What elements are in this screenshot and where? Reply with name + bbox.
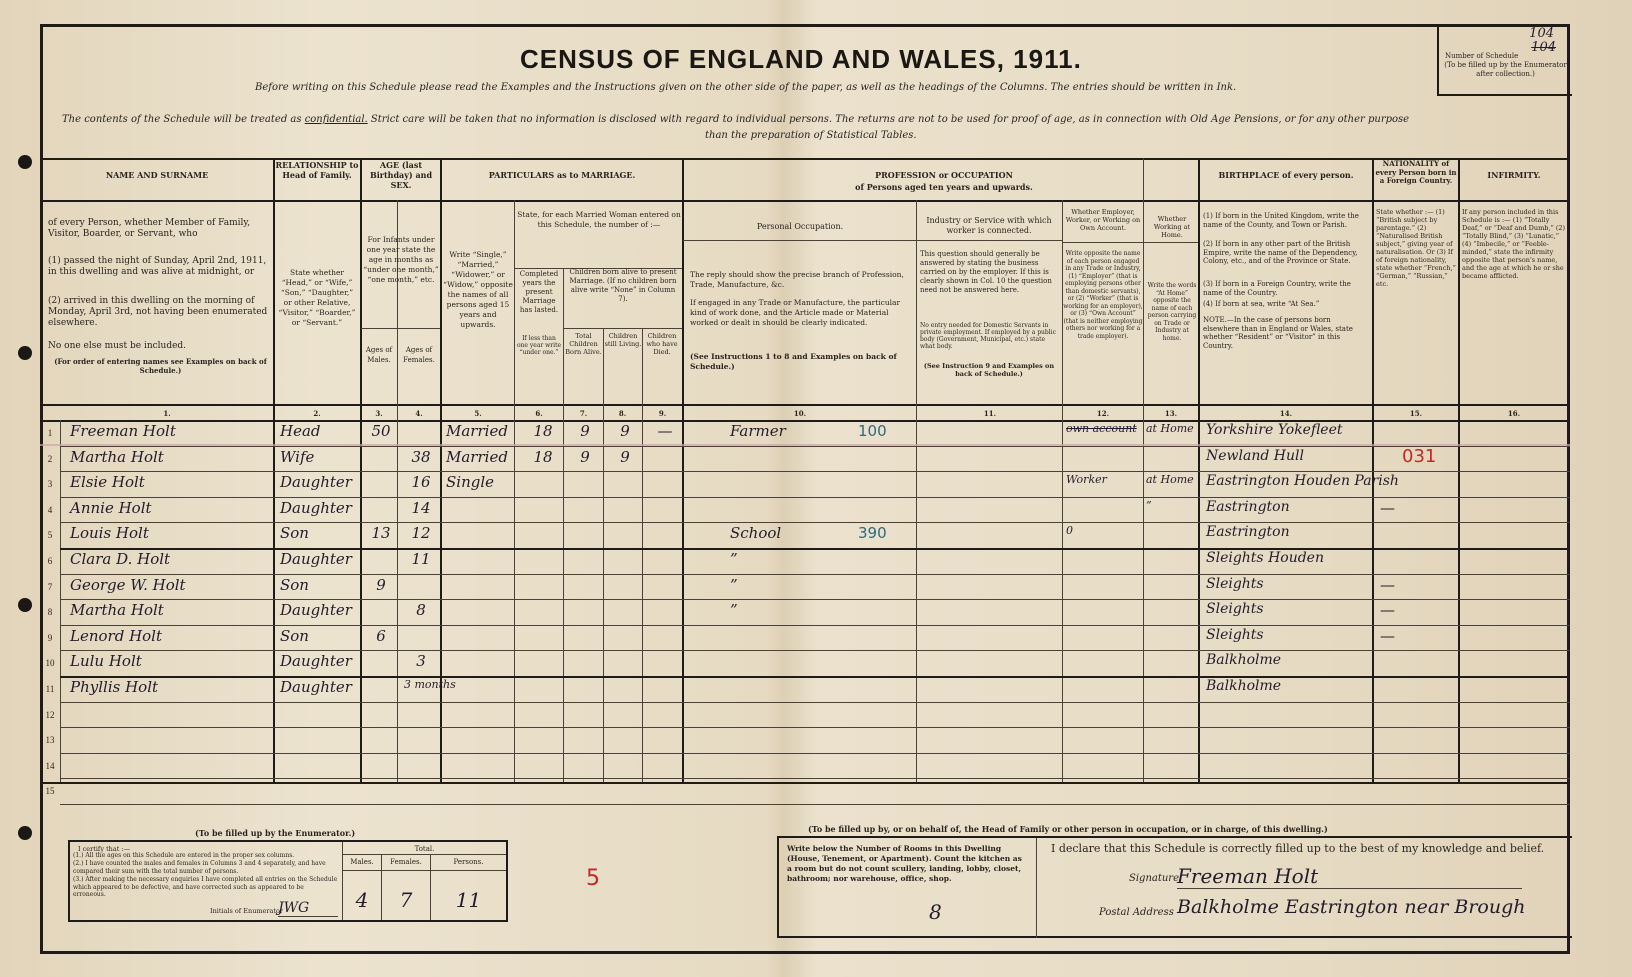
punch-hole [18, 346, 32, 360]
col-desc-personal-1: The reply should show the precise branch… [690, 270, 912, 290]
signature-label: Signature [1129, 874, 1179, 884]
row-rule [60, 625, 1570, 626]
col-number: 9. [643, 409, 682, 418]
col-desc-name-3: (2) arrived in this dwelling on the morn… [48, 296, 268, 329]
children-born: 9 [570, 422, 600, 440]
declaration-text: I declare that this Schedule is correctl… [1051, 844, 1544, 854]
nationality: — [1380, 499, 1450, 517]
row-rule [60, 753, 1570, 754]
col-header-children-died: Children who have Died. [643, 332, 681, 356]
row-number: 15 [40, 786, 60, 796]
enumerator-heading: (To be filled up by the Enumerator.) [195, 828, 355, 838]
col-number: 12. [1063, 409, 1143, 418]
col-desc-birthplace-1: (1) If born in the United Kingdom, write… [1203, 212, 1369, 229]
children-born: 9 [570, 448, 600, 466]
total-persons-label: Persons. [431, 857, 506, 867]
schedule-number-label: Number of Schedule [1445, 52, 1518, 60]
person-name: Phyllis Holt [70, 678, 270, 696]
relationship: Son [280, 576, 358, 594]
birthplace: Sleights [1206, 576, 1406, 592]
row-number: 8 [40, 607, 60, 617]
col-desc-birthplace-3: (3) If born in a Foreign Country, write … [1203, 280, 1369, 297]
marital-status: Single [446, 473, 516, 491]
birthplace: Sleights [1206, 627, 1406, 643]
total-persons: 11 [431, 888, 506, 912]
age-female: 8 [404, 601, 438, 619]
col-number: 7. [564, 409, 603, 418]
total-females-label: Females. [382, 857, 430, 867]
col-number: 5. [442, 409, 514, 418]
person-name: Elsie Holt [70, 473, 270, 491]
age-female: 3 months [404, 678, 438, 691]
row-number: 7 [40, 582, 60, 592]
col-header-infirmity: INFIRMITY. [1460, 170, 1568, 180]
col-header-employer: Whether Employer, Worker, or Working on … [1063, 208, 1143, 232]
occupation-code: 100 [858, 422, 898, 440]
col-desc-industry-1: This question should generally be answer… [920, 250, 1058, 295]
intro-confidential: The contents of the Schedule will be tre… [62, 114, 1409, 125]
punch-hole [18, 826, 32, 840]
row-rule [60, 497, 1570, 498]
col-number: 8. [603, 409, 642, 418]
age-female: 11 [404, 550, 438, 568]
row-rule [60, 522, 1570, 523]
col-desc-personal-2: If engaged in any Trade or Manufacture, … [690, 298, 912, 328]
birthplace: Eastrington [1206, 524, 1406, 540]
enumerator-initials: JWG [278, 900, 338, 917]
pink-rule [40, 444, 1570, 446]
col-header-age-females: Ages of Females. [398, 345, 440, 365]
occupation-code: 390 [858, 524, 898, 542]
row-rule [60, 599, 1570, 600]
col-number: 1. [62, 409, 272, 418]
age-male: 6 [364, 627, 398, 645]
person-name: Louis Holt [70, 524, 270, 542]
row-number: 3 [40, 479, 60, 489]
col-desc-employer: Write opposite the name of each person e… [1063, 250, 1143, 340]
age-female: 12 [404, 524, 438, 542]
householder-box: Write below the Number of Rooms in this … [777, 836, 1572, 938]
col-header-age-males: Ages of Males. [361, 345, 397, 365]
relationship: Daughter [280, 678, 358, 696]
schedule-number-value: 104 [1529, 26, 1554, 41]
col-number: 13. [1144, 409, 1198, 418]
personal-occupation: Farmer [730, 422, 850, 440]
enumerator-item-2: (2.) I have counted the males and female… [73, 860, 338, 875]
col-header-occupation: PROFESSION or OCCUPATION [684, 170, 1204, 180]
col-desc-name-4: No one else must be included. [48, 341, 268, 351]
children-living: 9 [610, 448, 640, 466]
person-name: George W. Holt [70, 576, 270, 594]
age-female: 38 [404, 448, 438, 466]
nationality: — [1380, 601, 1450, 619]
person-name: Clara D. Holt [70, 550, 270, 568]
working-at-home: at Home [1146, 422, 1202, 435]
total-males-label: Males. [343, 857, 381, 867]
col-desc-birthplace-2: (2) If born in any other part of the Bri… [1203, 240, 1369, 266]
row-rule [60, 650, 1570, 651]
age-female: 3 [404, 652, 438, 670]
employer-status: own account [1066, 422, 1144, 435]
col-subheader-occupation: of Persons aged ten years and upwards. [684, 182, 1204, 192]
relationship: Daughter [280, 601, 358, 619]
row-number: 1 [40, 428, 60, 438]
relationship: Son [280, 627, 358, 645]
birthplace: Yorkshire Yokefleet [1206, 422, 1406, 438]
col-desc-name-5: (For order of entering names see Example… [48, 357, 273, 375]
col-note-years-married: If less than one year write “under one.” [516, 335, 562, 356]
row-rule [60, 804, 1570, 805]
relationship: Wife [280, 448, 358, 466]
red-annotation-mark: 5 [586, 866, 600, 891]
rooms-count: 8 [929, 900, 942, 924]
row-number: 2 [40, 454, 60, 464]
col-number: 2. [274, 409, 360, 418]
person-name: Lulu Holt [70, 652, 270, 670]
col-header-relationship: RELATIONSHIP to Head of Family. [274, 160, 360, 180]
total-label: Total. [343, 844, 506, 854]
col-desc-industry-3: (See Instruction 9 and Examples on back … [920, 362, 1058, 378]
relationship: Head [280, 422, 358, 440]
col-desc-nationality: State whether :— (1) “British subject by… [1376, 208, 1458, 288]
years-married: 18 [524, 448, 562, 466]
col-desc-birthplace-note: NOTE.—In the case of persons born elsewh… [1203, 316, 1369, 350]
col-header-marriage: PARTICULARS as to MARRIAGE. [442, 170, 682, 180]
personal-occupation: ” [730, 550, 850, 568]
col-desc-name-2: (1) passed the night of Sunday, April 2n… [48, 256, 268, 278]
person-name: Lenord Holt [70, 627, 270, 645]
col-desc-children: Children born alive to present Marriage.… [565, 268, 681, 304]
col-header-personal-occupation: Personal Occupation. [684, 222, 916, 232]
schedule-number-box: 104 104 Number of Schedule (To be filled… [1437, 24, 1572, 96]
col-header-children-total: Total Children Born Alive. [565, 332, 602, 356]
enumerator-box: I certify that :— (1.) All the ages on t… [68, 840, 508, 922]
row-rule [60, 702, 1570, 703]
col-header-birthplace: BIRTHPLACE of every person. [1200, 170, 1372, 180]
personal-occupation: School [730, 524, 850, 542]
birthplace: Eastrington [1206, 499, 1406, 515]
children-living: 9 [610, 422, 640, 440]
employer-status: Worker [1066, 473, 1144, 486]
nationality: — [1380, 627, 1450, 645]
relationship: Daughter [280, 652, 358, 670]
intro-statistical: than the preparation of Statistical Tabl… [705, 130, 917, 141]
col-number: 3. [361, 409, 397, 418]
punch-hole [18, 155, 32, 169]
col-desc-birthplace-4: (4) If born at sea, write “At Sea.” [1203, 300, 1369, 309]
row-number: 14 [40, 761, 60, 771]
col-desc-marital-status: Write “Single,” “Married,” “Widower,” or… [443, 250, 513, 330]
enumerator-item-3: (3.) After making the necessary enquirie… [73, 876, 338, 899]
relationship: Daughter [280, 473, 358, 491]
row-number: 5 [40, 530, 60, 540]
relationship: Daughter [280, 499, 358, 517]
enumerator-item-1: (1.) All the ages on this Schedule are e… [73, 852, 338, 860]
age-male: 13 [364, 524, 398, 542]
working-at-home: ” [1146, 499, 1202, 512]
birthplace: Balkholme [1206, 652, 1406, 668]
row-number: 4 [40, 505, 60, 515]
row-number: 11 [40, 684, 60, 694]
col-header-name: NAME AND SURNAME [42, 170, 272, 180]
age-male: 9 [364, 576, 398, 594]
col-header-nationality: NATIONALITY of every Person born in a Fo… [1374, 160, 1458, 186]
birthplace: Sleights Houden [1206, 550, 1406, 566]
row-rule [60, 574, 1570, 575]
age-female: 14 [404, 499, 438, 517]
birthplace: Sleights [1206, 601, 1406, 617]
householder-heading: (To be filled up by, or on behalf of, th… [808, 824, 1328, 834]
personal-occupation: ” [730, 601, 850, 619]
row-number: 9 [40, 633, 60, 643]
person-name: Annie Holt [70, 499, 270, 517]
row-number: 6 [40, 556, 60, 566]
col-number: 6. [515, 409, 563, 418]
person-name: Freeman Holt [70, 422, 270, 440]
employer-status: 0 [1066, 524, 1144, 537]
postal-address-value: Balkholme Eastrington near Brough [1177, 896, 1525, 918]
row-rule [60, 471, 1570, 472]
signature-value: Freeman Holt [1177, 864, 1522, 889]
postal-address-label: Postal Address [1099, 908, 1174, 918]
page-title: CENSUS OF ENGLAND AND WALES, 1911. [520, 44, 1082, 75]
marital-status: Married [446, 422, 516, 440]
col-desc-industry-2: No entry needed for Domestic Servants in… [920, 322, 1058, 350]
intro-instructions: Before writing on this Schedule please r… [255, 82, 1236, 93]
total-females: 7 [382, 888, 430, 912]
schedule-number-struck: 104 [1531, 40, 1556, 55]
row-rule [60, 727, 1570, 728]
rooms-description: Write below the Number of Rooms in this … [787, 844, 1027, 884]
person-name: Martha Holt [70, 448, 270, 466]
red-annotation-code: 031 [1402, 446, 1436, 467]
enumerator-initials-label: Initials of Enumerator [210, 906, 283, 916]
col-desc-personal-3: (See Instructions 1 to 8 and Examples on… [690, 352, 912, 372]
col-number: 16. [1460, 409, 1568, 418]
schedule-number-note: (To be filled up by the Enumerator after… [1443, 61, 1568, 79]
col-header-children-living: Children still Living. [604, 332, 642, 348]
col-desc-infirmity: If any person included in this Schedule … [1462, 208, 1566, 280]
row-number: 13 [40, 735, 60, 745]
person-name: Martha Holt [70, 601, 270, 619]
col-number: 4. [398, 409, 440, 418]
punch-hole [18, 598, 32, 612]
col-desc-age: For Infants under one year state the age… [362, 235, 440, 285]
relationship: Son [280, 524, 358, 542]
children-died: — [650, 422, 680, 440]
marital-status: Married [446, 448, 516, 466]
col-header-home: Whether Working at Home. [1145, 215, 1199, 239]
row-number: 10 [40, 658, 60, 668]
col-number: 11. [918, 409, 1062, 418]
col-number: 14. [1200, 409, 1372, 418]
col-desc-name-1: of every Person, whether Member of Famil… [48, 218, 268, 240]
col-header-industry: Industry or Service with which worker is… [918, 216, 1060, 236]
total-males: 4 [343, 888, 381, 912]
years-married: 18 [524, 422, 562, 440]
nationality: — [1380, 576, 1450, 594]
col-number: 15. [1374, 409, 1458, 418]
col-desc-relationship: State whether “Head,” or “Wife,” “Son,” … [277, 268, 357, 328]
birthplace: Newland Hull [1206, 448, 1406, 464]
col-desc-home: Write the words “At Home” opposite the n… [1145, 282, 1199, 342]
age-female: 16 [404, 473, 438, 491]
birthplace: Balkholme [1206, 678, 1406, 694]
personal-occupation: ” [730, 576, 850, 594]
col-number: 10. [684, 409, 916, 418]
relationship: Daughter [280, 550, 358, 568]
birthplace: Eastrington Houden Parish [1206, 473, 1406, 489]
col-desc-years-married: Completed years the present Marriage has… [516, 270, 562, 315]
row-rule [60, 778, 1570, 779]
col-desc-married-woman: State, for each Married Woman entered on… [516, 210, 682, 230]
working-at-home: at Home [1146, 473, 1202, 486]
age-male: 50 [364, 422, 398, 440]
col-header-age: AGE (last Birthday) and SEX. [362, 160, 440, 190]
row-number: 12 [40, 710, 60, 720]
